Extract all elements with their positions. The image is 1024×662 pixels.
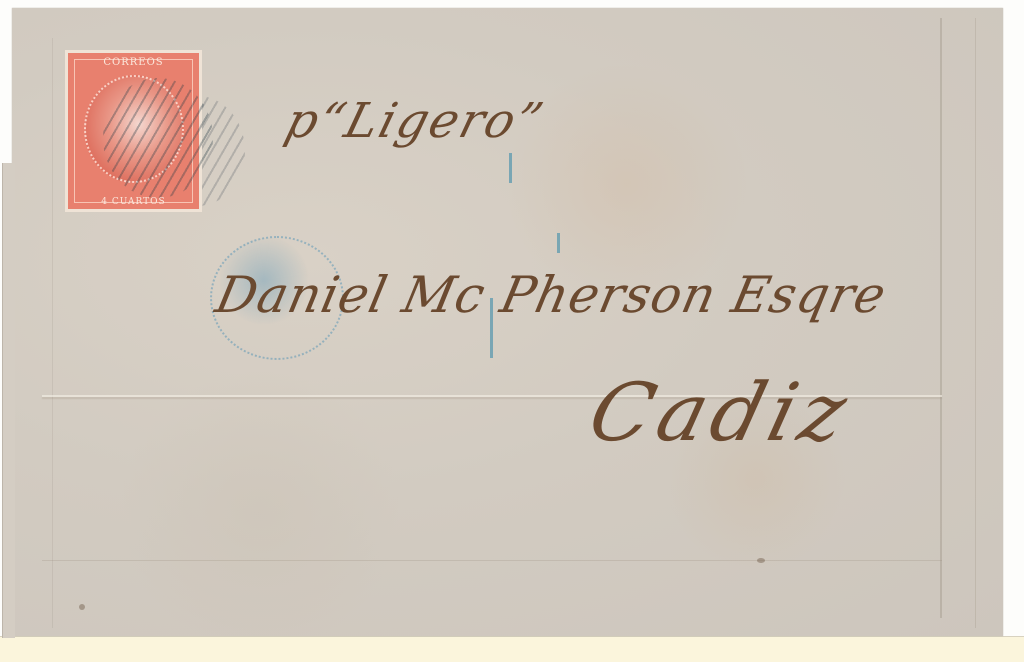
paper-spot [79,604,85,610]
postage-stamp: CORREOS 4 CUARTOS [65,50,202,212]
routing-inscription: p“Ligero” [279,93,550,149]
blue-ink-mark [557,233,560,253]
mount-strip [0,636,1024,662]
stamp-top-text: CORREOS [68,57,199,68]
fold-line [42,560,942,561]
addressee-name: Daniel Mc Pherson Esqre [211,266,892,324]
left-flap [2,163,15,638]
fold-line [975,18,976,628]
stamp-value-text: 4 CUARTOS [68,197,199,207]
blue-ink-mark [509,153,512,183]
paper-spot [757,558,765,563]
letter-cover: CORREOS 4 CUARTOS p“Ligero” Daniel Mc Ph… [12,8,1003,636]
destination-city: Cadiz [580,366,861,459]
fold-line [940,18,942,618]
stamp-cancel-bars [103,78,213,198]
fold-line [52,38,53,628]
